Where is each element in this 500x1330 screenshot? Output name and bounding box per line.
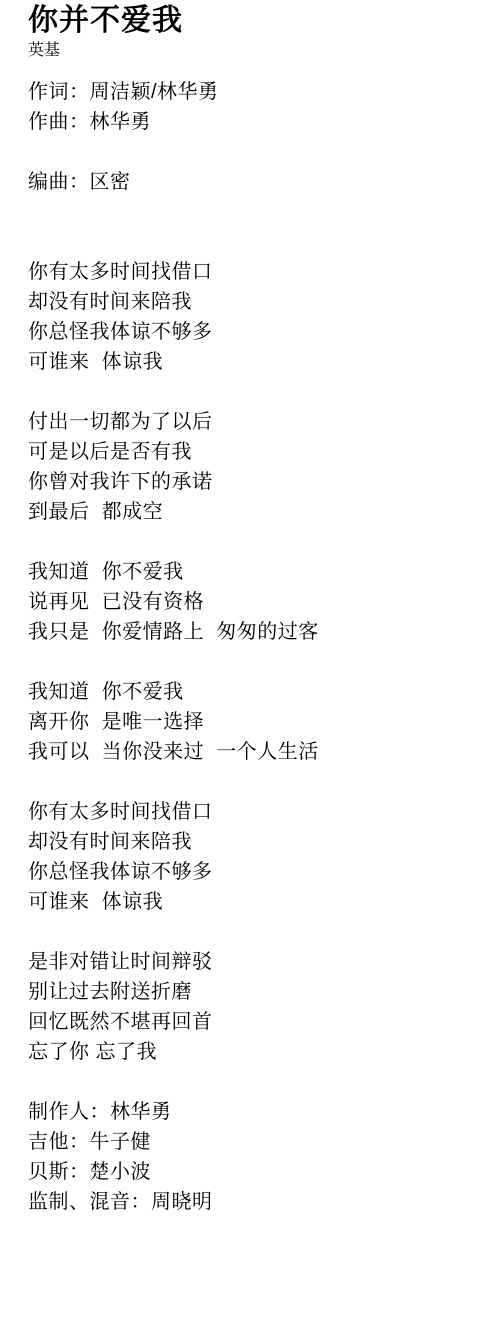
lyric-line: 我知道 你不爱我 bbox=[28, 557, 490, 587]
lyric-line: 编曲：区密 bbox=[28, 167, 490, 197]
blank-line bbox=[28, 917, 490, 947]
lyric-line: 制作人：林华勇 bbox=[28, 1097, 490, 1127]
lyric-line: 可谁来 体谅我 bbox=[28, 347, 490, 377]
lyric-line: 贝斯：楚小波 bbox=[28, 1157, 490, 1187]
lyric-line: 回忆既然不堪再回首 bbox=[28, 1007, 490, 1037]
lyric-line: 作词：周洁颖/林华勇 bbox=[28, 77, 490, 107]
blank-line bbox=[28, 1067, 490, 1097]
lyric-line: 你总怪我体谅不够多 bbox=[28, 317, 490, 347]
lyric-line: 离开你 是唯一选择 bbox=[28, 707, 490, 737]
lyric-line: 你总怪我体谅不够多 bbox=[28, 857, 490, 887]
blank-line bbox=[28, 647, 490, 677]
lyric-line: 忘了你 忘了我 bbox=[28, 1037, 490, 1067]
lyric-line: 可是以后是否有我 bbox=[28, 437, 490, 467]
artist-name: 英基 bbox=[28, 40, 490, 62]
lyrics-body: 作词：周洁颖/林华勇作曲：林华勇编曲：区密你有太多时间找借口却没有时间来陪我你总… bbox=[28, 77, 490, 1217]
lyric-line: 却没有时间来陪我 bbox=[28, 827, 490, 857]
lyric-line: 说再见 已没有资格 bbox=[28, 587, 490, 617]
song-title: 你并不爱我 bbox=[28, 2, 490, 40]
lyric-line: 却没有时间来陪我 bbox=[28, 287, 490, 317]
lyric-line: 你有太多时间找借口 bbox=[28, 257, 490, 287]
lyric-line: 是非对错让时间辩驳 bbox=[28, 947, 490, 977]
lyric-line: 作曲：林华勇 bbox=[28, 107, 490, 137]
blank-line bbox=[28, 377, 490, 407]
blank-line bbox=[28, 137, 490, 167]
lyric-line: 监制、混音：周晓明 bbox=[28, 1187, 490, 1217]
blank-line bbox=[28, 227, 490, 257]
blank-line bbox=[28, 767, 490, 797]
blank-line bbox=[28, 197, 490, 227]
lyric-line: 可谁来 体谅我 bbox=[28, 887, 490, 917]
lyric-line: 付出一切都为了以后 bbox=[28, 407, 490, 437]
lyric-line: 你曾对我许下的承诺 bbox=[28, 467, 490, 497]
lyrics-page: 你并不爱我 英基 作词：周洁颖/林华勇作曲：林华勇编曲：区密你有太多时间找借口却… bbox=[0, 0, 500, 1330]
blank-line bbox=[28, 527, 490, 557]
lyric-line: 我只是 你爱情路上 匆匆的过客 bbox=[28, 617, 490, 647]
lyric-line: 我知道 你不爱我 bbox=[28, 677, 490, 707]
lyric-line: 我可以 当你没来过 一个人生活 bbox=[28, 737, 490, 767]
lyric-line: 别让过去附送折磨 bbox=[28, 977, 490, 1007]
lyric-line: 吉他：牛子健 bbox=[28, 1127, 490, 1157]
lyric-line: 你有太多时间找借口 bbox=[28, 797, 490, 827]
lyric-line: 到最后 都成空 bbox=[28, 497, 490, 527]
